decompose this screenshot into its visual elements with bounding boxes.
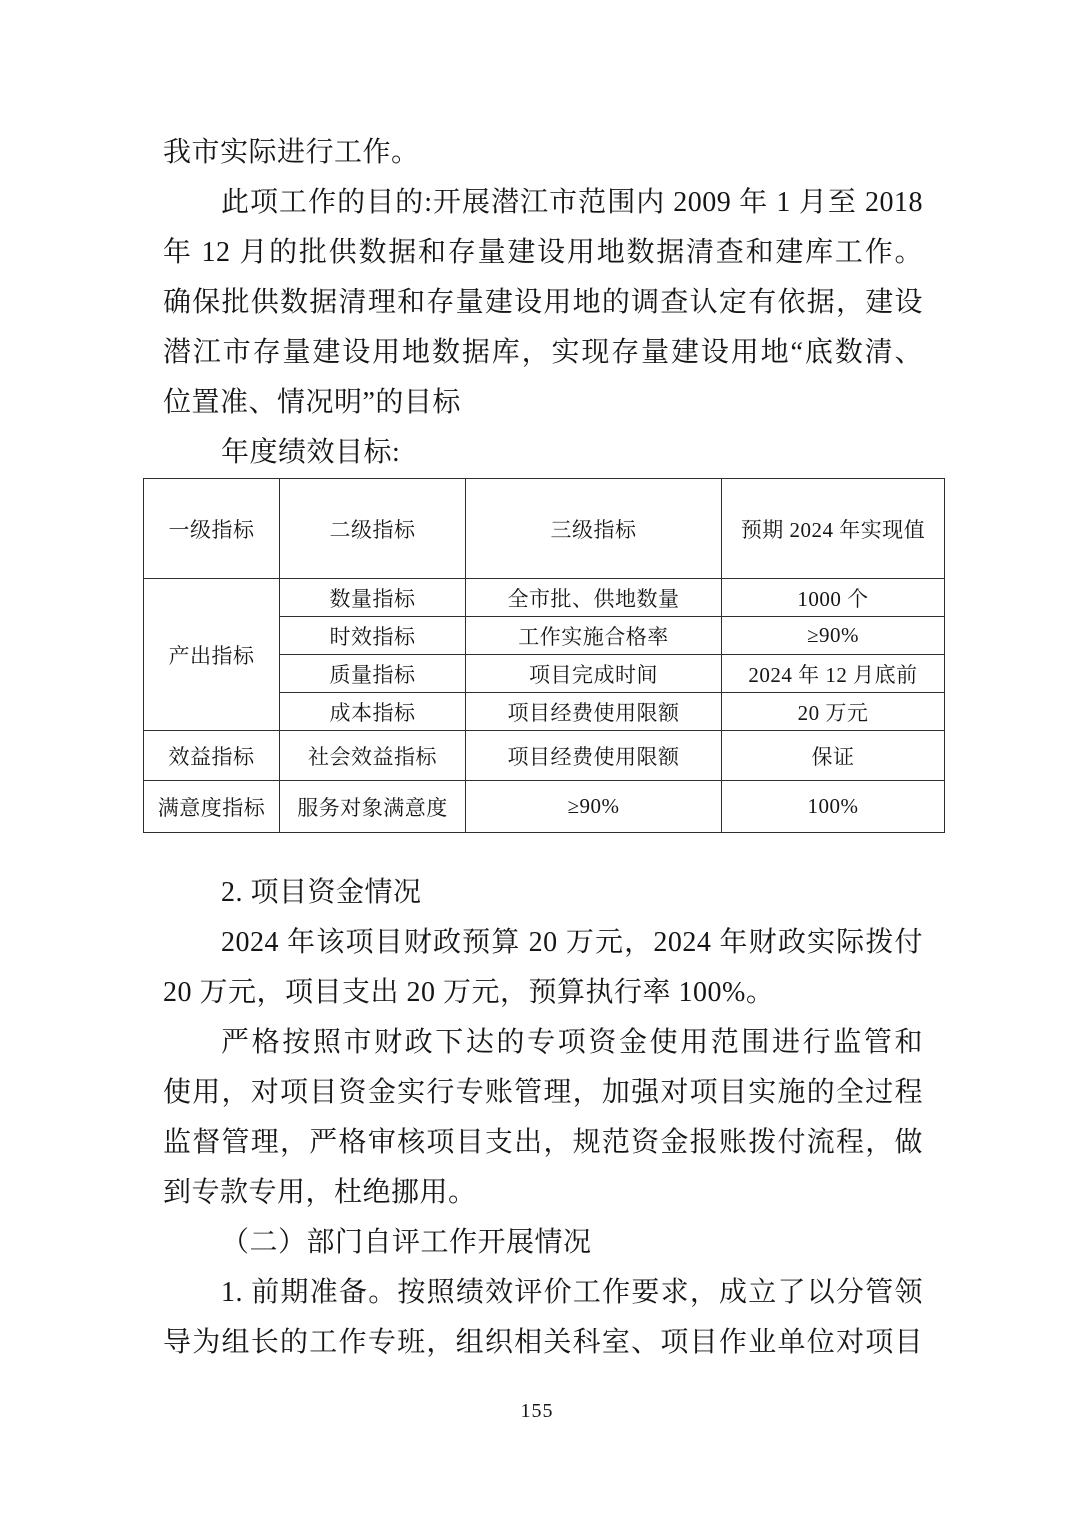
body-text-line: 2024 年该项目财政预算 20 万元，2024 年财政实际拨付: [163, 918, 923, 968]
table-cell-level2: 社会效益指标: [280, 731, 466, 781]
body-text-line: 我市实际进行工作。: [163, 128, 923, 178]
table-row: 效益指标 社会效益指标 项目经费使用限额 保证: [144, 731, 945, 781]
table-cell-level3: 项目完成时间: [466, 655, 722, 693]
annual-goal-heading: 年度绩效目标:: [163, 428, 923, 478]
table-cell-expected: 1000 个: [722, 579, 945, 617]
performance-indicators-table: 一级指标 二级指标 三级指标 预期 2024 年实现值 产出指标 数量指标 全市…: [143, 478, 945, 833]
table-cell-level3: 项目经费使用限额: [466, 693, 722, 731]
section-heading: 2. 项目资金情况: [163, 868, 923, 918]
table-header-cell: 一级指标: [144, 479, 280, 579]
table-cell-expected: ≥90%: [722, 617, 945, 655]
table-cell-level3: 项目经费使用限额: [466, 731, 722, 781]
table-cell-expected: 保证: [722, 731, 945, 781]
table-header-row: 一级指标 二级指标 三级指标 预期 2024 年实现值: [144, 479, 945, 579]
body-text-line: 严格按照市财政下达的专项资金使用范围进行监管和: [163, 1018, 923, 1068]
table-cell-level3: ≥90%: [466, 781, 722, 833]
body-text-line: 20 万元，项目支出 20 万元，预算执行率 100%。: [163, 968, 923, 1018]
document-page: 我市实际进行工作。 此项工作的目的:开展潜江市范围内 2009 年 1 月至 2…: [0, 0, 1074, 1520]
body-text-line: 使用，对项目资金实行专账管理，加强对项目实施的全过程: [163, 1068, 923, 1118]
table-row: 满意度指标 服务对象满意度 ≥90% 100%: [144, 781, 945, 833]
section-heading: （二）部门自评工作开展情况: [163, 1218, 923, 1268]
body-text-line: 监督管理，严格审核项目支出，规范资金报账拨付流程，做: [163, 1118, 923, 1168]
table-cell-level1: 效益指标: [144, 731, 280, 781]
body-text-line: 潜江市存量建设用地数据库，实现存量建设用地“底数清、: [163, 328, 923, 378]
table-cell-level3: 全市批、供地数量: [466, 579, 722, 617]
table-cell-level3: 工作实施合格率: [466, 617, 722, 655]
table-header-cell: 预期 2024 年实现值: [722, 479, 945, 579]
table-cell-level1: 满意度指标: [144, 781, 280, 833]
table-cell-level2: 质量指标: [280, 655, 466, 693]
table-cell-expected: 2024 年 12 月底前: [722, 655, 945, 693]
table-cell-expected: 100%: [722, 781, 945, 833]
table-header-cell: 二级指标: [280, 479, 466, 579]
table-cell-level2: 服务对象满意度: [280, 781, 466, 833]
table-row: 产出指标 数量指标 全市批、供地数量 1000 个: [144, 579, 945, 617]
body-text-line: 位置准、情况明”的目标: [163, 378, 923, 428]
funding-and-self-eval-text-block: 2. 项目资金情况 2024 年该项目财政预算 20 万元，2024 年财政实际…: [163, 868, 923, 1368]
table-cell-level2: 时效指标: [280, 617, 466, 655]
table-cell-level2: 成本指标: [280, 693, 466, 731]
table-cell-expected: 20 万元: [722, 693, 945, 731]
body-text-line: 到专款专用，杜绝挪用。: [163, 1168, 923, 1218]
table-cell-level1: 产出指标: [144, 579, 280, 731]
body-text-line: 1. 前期准备。按照绩效评价工作要求，成立了以分管领: [163, 1268, 923, 1318]
body-text-line: 年 12 月的批供数据和存量建设用地数据清查和建库工作。: [163, 228, 923, 278]
page-number: 155: [0, 1400, 1074, 1423]
body-text-line: 确保批供数据清理和存量建设用地的调查认定有依据，建设: [163, 278, 923, 328]
intro-text-block: 我市实际进行工作。 此项工作的目的:开展潜江市范围内 2009 年 1 月至 2…: [163, 128, 923, 478]
body-text-line: 导为组长的工作专班，组织相关科室、项目作业单位对项目: [163, 1318, 923, 1368]
body-text-line: 此项工作的目的:开展潜江市范围内 2009 年 1 月至 2018: [163, 178, 923, 228]
table-header-cell: 三级指标: [466, 479, 722, 579]
table-cell-level2: 数量指标: [280, 579, 466, 617]
